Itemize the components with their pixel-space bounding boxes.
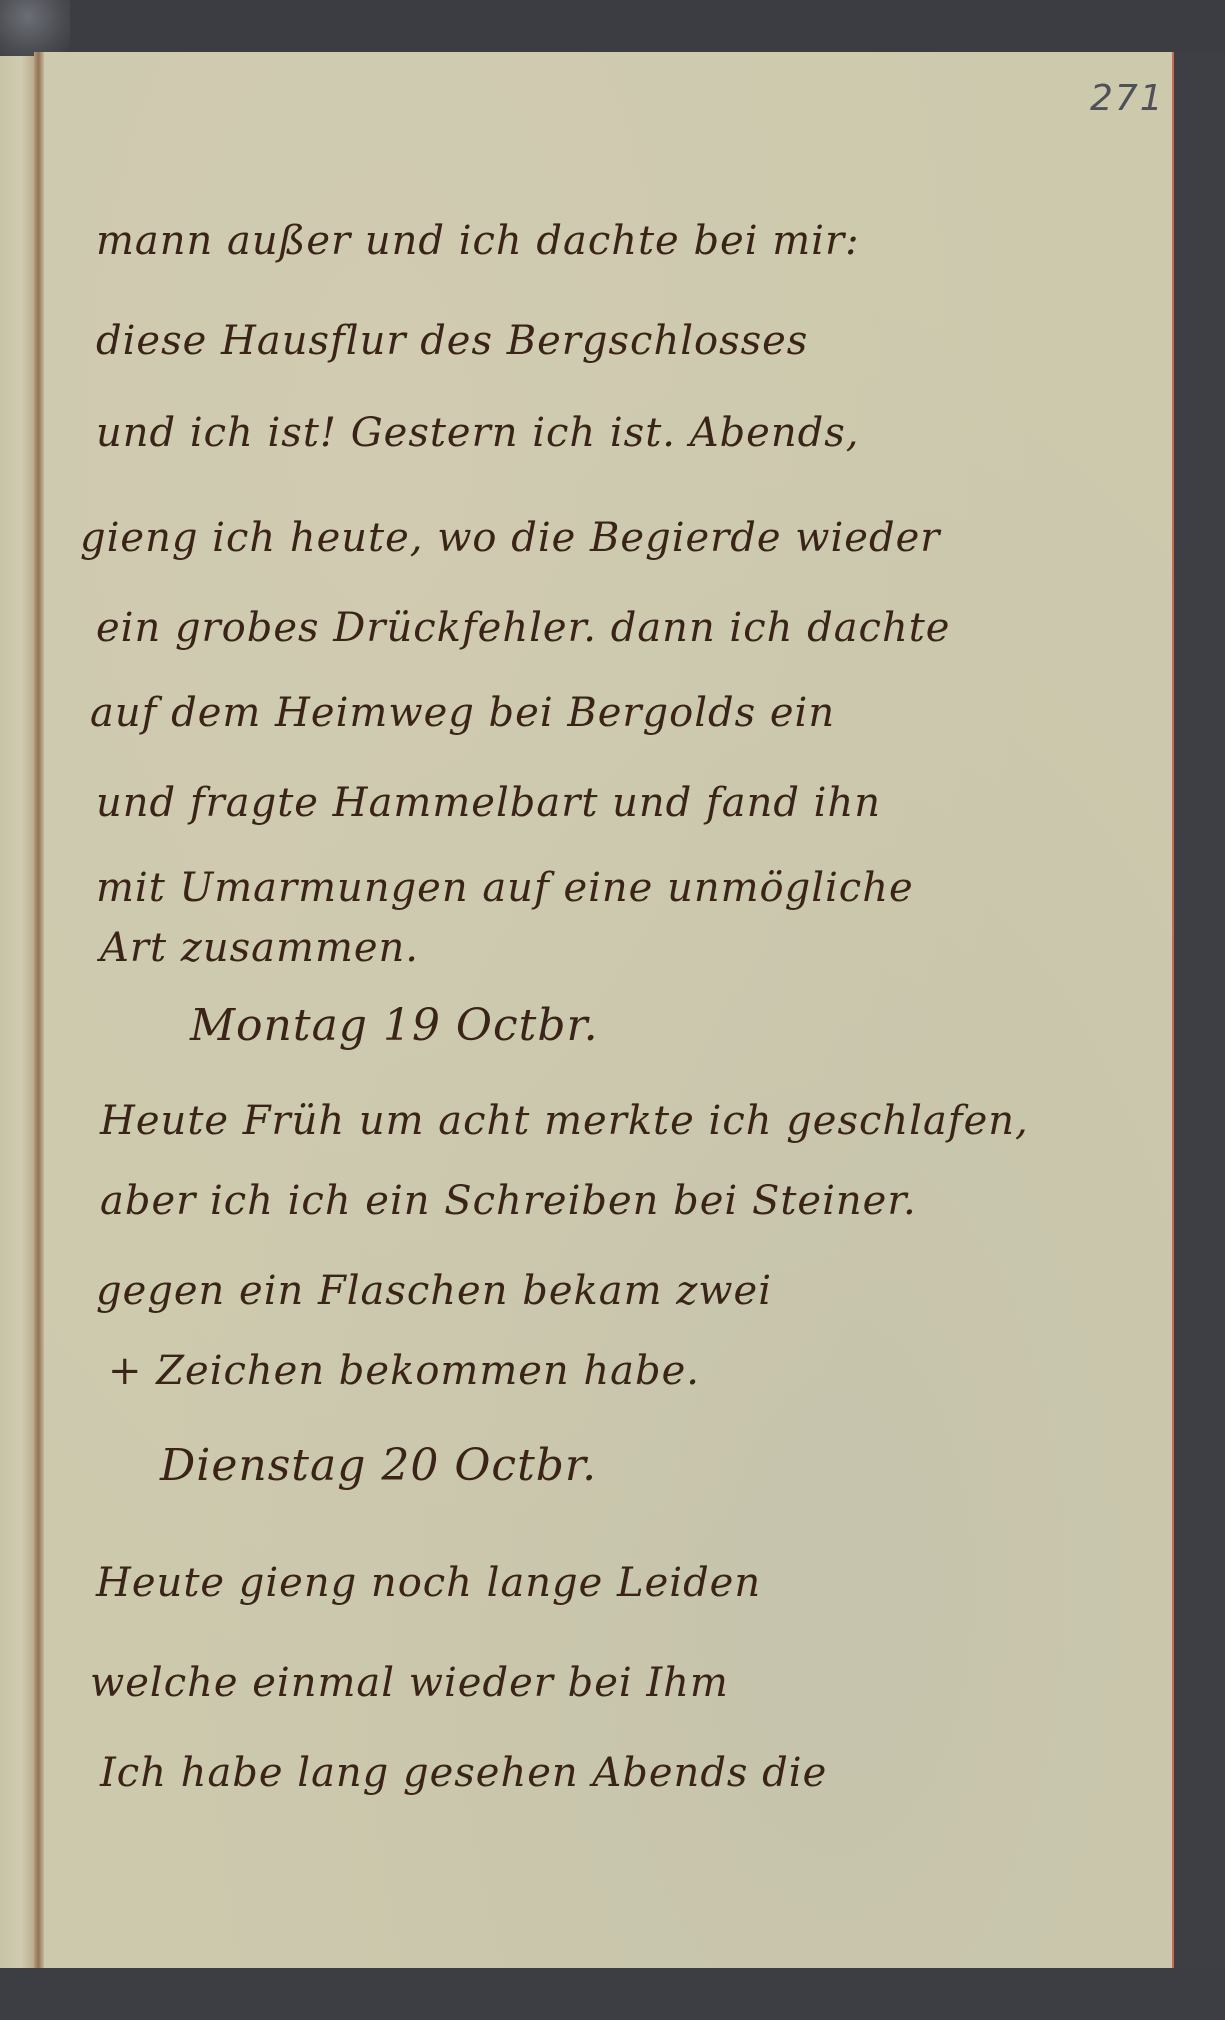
text-line: Heute Früh um acht merkte ich geschlafen…: [100, 1098, 1029, 1144]
text-line: auf dem Heimweg bei Bergolds ein: [90, 690, 835, 736]
text-line: diese Hausflur des Bergschlosses: [96, 318, 808, 364]
text-line: Ich habe lang gesehen Abends die: [100, 1750, 827, 1796]
page-number: 271: [1090, 78, 1165, 119]
page-gutter-fold: [34, 52, 44, 1972]
book-binding-corner: [0, 0, 70, 56]
previous-page-edge: [0, 52, 36, 1972]
text-line: Heute gieng noch lange Leiden: [96, 1560, 761, 1606]
text-line: gegen ein Flaschen bekam zwei: [96, 1268, 772, 1314]
text-line: Art zusammen.: [100, 925, 419, 971]
text-line: mit Umarmungen auf eine unmögliche: [96, 865, 914, 911]
entry-heading-tuesday: Dienstag 20 Octbr.: [160, 1440, 597, 1491]
text-line: gieng ich heute, wo die Begierde wieder: [80, 515, 940, 561]
text-line: + Zeichen bekommen habe.: [108, 1348, 700, 1394]
text-line: und fragte Hammelbart und fand ihn: [96, 780, 881, 826]
text-line: welche einmal wieder bei Ihm: [90, 1660, 729, 1706]
text-line: und ich ist! Gestern ich ist. Abends,: [96, 410, 859, 456]
text-line: ein grobes Drückfehler. dann ich dachte: [96, 605, 950, 651]
text-line: aber ich ich ein Schreiben bei Steiner.: [100, 1178, 917, 1224]
scan-backdrop-top: [0, 0, 1225, 52]
entry-heading-monday: Montag 19 Octbr.: [190, 1000, 599, 1051]
text-line: mann außer und ich dachte bei mir:: [96, 218, 860, 264]
scan-backdrop-bottom: [0, 1968, 1225, 2020]
